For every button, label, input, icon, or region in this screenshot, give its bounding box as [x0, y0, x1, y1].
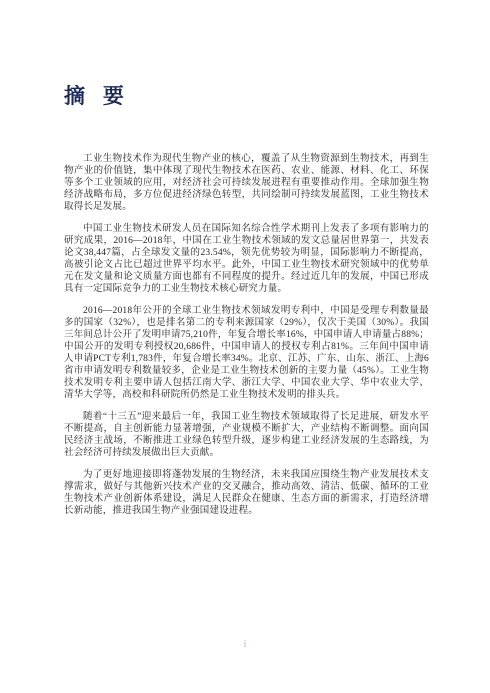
- page-number: i: [244, 639, 247, 650]
- paragraph-13th-five-year-plan: 随着“十三五”迎来最后一年，我国工业生物技术领域取得了长足进展，研发水平不断提高…: [64, 411, 429, 459]
- paragraph-industrial-biotech-overview: 工业生物技术作为现代生物产业的核心，覆盖了从生物资源到生物技术，再到生物产业的价…: [64, 153, 429, 213]
- abstract-title: 摘 要: [64, 86, 429, 108]
- paragraph-patent-statistics: 2016—2018年公开的全球工业生物技术领域发明专利中，中国是受理专利数量最多…: [64, 305, 429, 401]
- paragraph-publication-output: 中国工业生物技术研发人员在国际知名综合性学术期刊上发表了多项有影响力的研究成果，…: [64, 223, 429, 295]
- abstract-body: 工业生物技术作为现代生物产业的核心，覆盖了从生物资源到生物技术，再到生物产业的价…: [64, 153, 429, 517]
- abstract-page: 摘 要 工业生物技术作为现代生物产业的核心，覆盖了从生物资源到生物技术，再到生物…: [0, 0, 490, 693]
- paragraph-future-outlook: 为了更好地迎接即将蓬勃发展的生物经济，未来我国应围绕生物产业发展技术支撑需求，做…: [64, 469, 429, 517]
- page-footer: i: [0, 634, 490, 652]
